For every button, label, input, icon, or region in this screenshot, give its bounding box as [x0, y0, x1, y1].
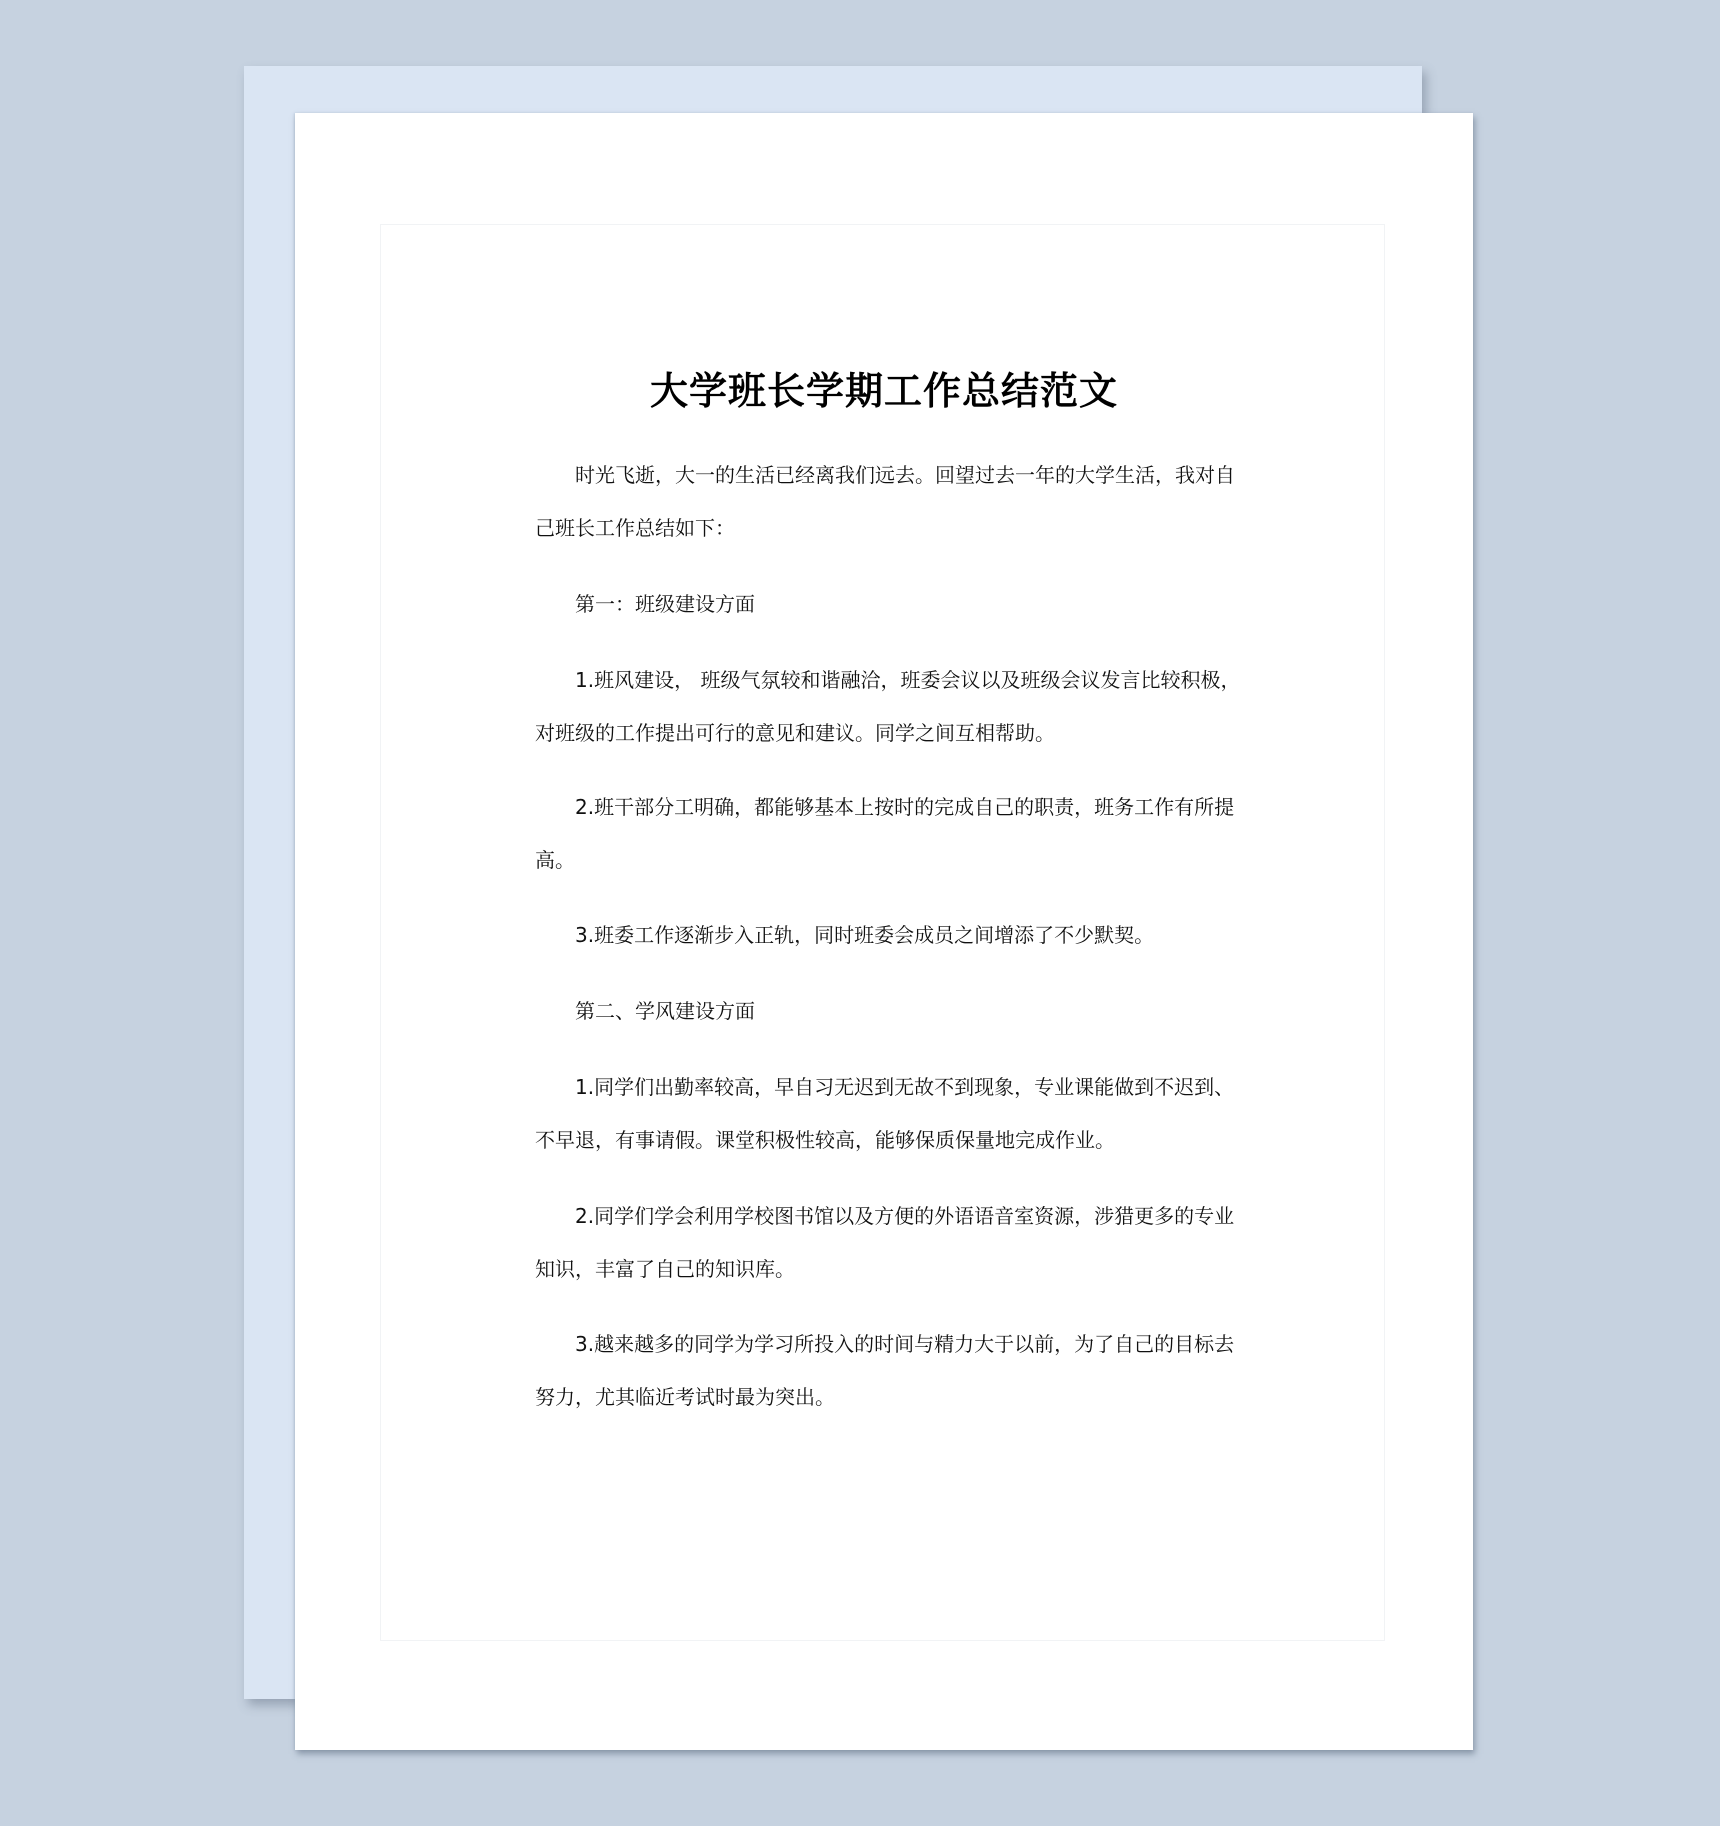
paragraph-line: 高。	[535, 834, 1245, 887]
paragraph-line: 2.同学们学会利用学校图书馆以及方便的外语语音室资源，涉猎更多的专业	[535, 1190, 1245, 1243]
paragraph-line: 3.班委工作逐渐步入正轨，同时班委会成员之间增添了不少默契。	[535, 909, 1245, 962]
paragraph-line: 时光飞逝，大一的生活已经离我们远去。回望过去一年的大学生活，我对自	[535, 449, 1245, 502]
document-page: 大学班长学期工作总结范文 时光飞逝，大一的生活已经离我们远去。回望过去一年的大学…	[295, 113, 1473, 1750]
paragraph-line: 努力，尤其临近考试时最为突出。	[535, 1371, 1245, 1424]
paragraph-committee-work: 3.班委工作逐渐步入正轨，同时班委会成员之间增添了不少默契。	[535, 909, 1245, 962]
section-heading-study-style: 第二、学风建设方面	[535, 985, 1245, 1038]
paragraph-line: 1.同学们出勤率较高，早自习无迟到无故不到现象，专业课能做到不迟到、	[535, 1061, 1245, 1114]
document-title: 大学班长学期工作总结范文	[295, 367, 1473, 415]
paragraph-attendance: 1.同学们出勤率较高，早自习无迟到无故不到现象，专业课能做到不迟到、 不早退，有…	[535, 1061, 1245, 1167]
paragraph-line: 对班级的工作提出可行的意见和建议。同学之间互相帮助。	[535, 707, 1245, 760]
paragraph-line: 1.班风建设， 班级气氛较和谐融洽，班委会议以及班级会议发言比较积极，	[535, 654, 1245, 707]
section-heading-class-building: 第一：班级建设方面	[535, 578, 1245, 631]
paragraph-line: 不早退，有事请假。课堂积极性较高，能够保质保量地完成作业。	[535, 1114, 1245, 1167]
paragraph-line: 2.班干部分工明确，都能够基本上按时的完成自己的职责，班务工作有所提	[535, 781, 1245, 834]
paragraph-line: 知识，丰富了自己的知识库。	[535, 1243, 1245, 1296]
paragraph-library-resources: 2.同学们学会利用学校图书馆以及方便的外语语音室资源，涉猎更多的专业 知识，丰富…	[535, 1190, 1245, 1296]
paragraph-line: 己班长工作总结如下：	[535, 502, 1245, 555]
paragraph-cadre-division: 2.班干部分工明确，都能够基本上按时的完成自己的职责，班务工作有所提 高。	[535, 781, 1245, 887]
paragraph-intro: 时光飞逝，大一的生活已经离我们远去。回望过去一年的大学生活，我对自 己班长工作总…	[535, 449, 1245, 555]
paragraph-study-effort: 3.越来越多的同学为学习所投入的时间与精力大于以前，为了自己的目标去 努力，尤其…	[535, 1318, 1245, 1424]
paragraph-line: 3.越来越多的同学为学习所投入的时间与精力大于以前，为了自己的目标去	[535, 1318, 1245, 1371]
paragraph-line: 第一：班级建设方面	[535, 578, 1245, 631]
paragraph-line: 第二、学风建设方面	[535, 985, 1245, 1038]
paragraph-class-style: 1.班风建设， 班级气氛较和谐融洽，班委会议以及班级会议发言比较积极， 对班级的…	[535, 654, 1245, 760]
